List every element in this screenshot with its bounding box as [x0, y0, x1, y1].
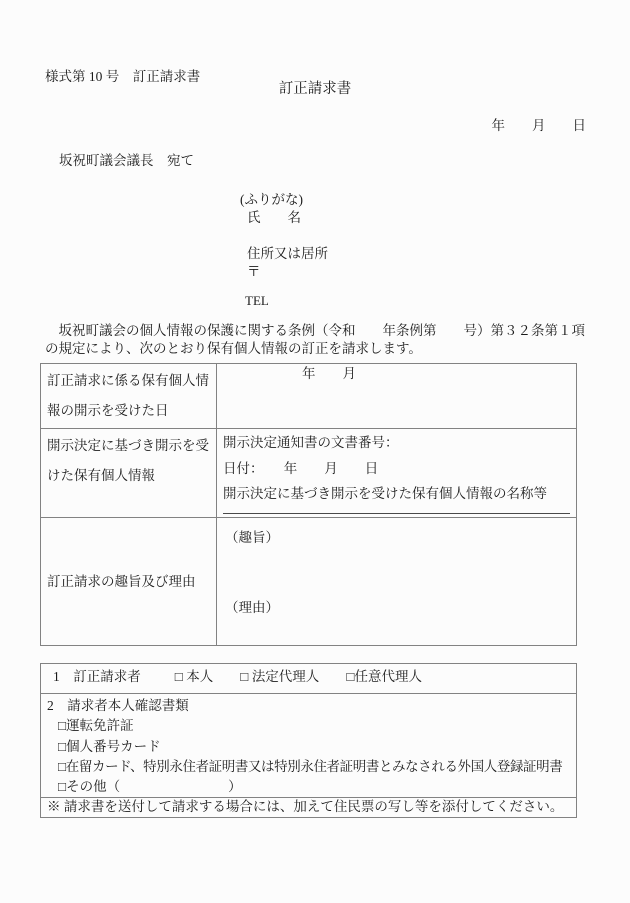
name-label: 氏 名	[247, 210, 301, 226]
item-mynumber-card-label: 個人番号カード	[66, 739, 161, 754]
checkbox-icon: □	[58, 739, 66, 754]
date-line: 年 月 日	[492, 118, 587, 134]
purpose-label: （趣旨）	[225, 528, 570, 548]
checkbox-icon: □	[58, 718, 66, 733]
item-residence-card: □在留カード、特別永住者証明書又は特別永住者証明書とみなされる外国人登録証明書	[47, 757, 574, 777]
option-nini-dairinin: □任意代理人	[346, 669, 422, 684]
body-paragraph: 坂祝町議会の個人情報の保護に関する条例（令和 年条例第 号）第３２条第１項 の規…	[45, 322, 590, 357]
fill-in-underline	[223, 513, 570, 514]
purpose-reason-row-label: 訂正請求の趣旨及び理由	[41, 518, 217, 646]
furigana-label: (ふりがな)	[240, 192, 303, 208]
item-residence-card-label: 在留カード、特別永住者証明書又は特別永住者証明書とみなされる外国人登録証明書	[66, 759, 563, 774]
requester-confirmation-table: 1 訂正請求者□ 本人□ 法定代理人□任意代理人 2 請求者本人確認書類 □運転…	[40, 663, 577, 818]
checkbox-icon: □	[58, 759, 66, 774]
info-name-line: 開示決定に基づき開示を受けた保有個人情報の名称等	[223, 481, 570, 507]
requester-type-label: 1 訂正請求者	[53, 669, 141, 684]
requester-type-row: 1 訂正請求者□ 本人□ 法定代理人□任意代理人	[41, 664, 577, 694]
disclosed-info-row-label: 開示決定に基づき開示を受けた保有個人情報	[41, 429, 217, 518]
addressee-line: 坂祝町議会議長 宛て	[59, 153, 194, 169]
purpose-reason-cell: （趣旨） （理由）	[217, 518, 577, 646]
option-nini-dairinin-label: 任意代理人	[354, 669, 422, 684]
page-title: 訂正請求書	[0, 81, 630, 97]
item-drivers-license: □運転免許証	[47, 716, 574, 736]
item-drivers-license-label: 運転免許証	[66, 718, 134, 733]
option-honnin-label: 本人	[183, 669, 213, 684]
doc-number-line: 開示決定通知書の文書番号：	[223, 430, 570, 456]
checkbox-icon: □	[175, 669, 183, 684]
identity-documents-heading: 2 請求者本人確認書類	[47, 696, 574, 716]
postal-mark: 〒	[247, 264, 261, 280]
disclosure-date-row-label: 訂正請求に係る保有個人情報の開示を受けた日	[41, 364, 217, 429]
disclosure-date-value: 年 月	[217, 364, 577, 429]
option-honnin: □ 本人	[175, 669, 214, 684]
document-page: 様式第 10 号 訂正請求書 訂正請求書 年 月 日 坂祝町議会議長 宛て (ふ…	[0, 0, 630, 903]
item-mynumber-card: □個人番号カード	[47, 737, 574, 757]
tel-label: TEL	[245, 293, 269, 309]
decision-date-line: 日付： 年 月 日	[223, 456, 570, 482]
disclosed-info-details-cell: 開示決定通知書の文書番号： 日付： 年 月 日 開示決定に基づき開示を受けた保有…	[217, 429, 577, 518]
mailing-note-row: ※ 請求書を送付して請求する場合には、加えて住民票の写し等を添付してください。	[41, 798, 577, 818]
checkbox-icon: □	[58, 779, 66, 794]
identity-documents-row: 2 請求者本人確認書類 □運転免許証 □個人番号カード □在留カード、特別永住者…	[41, 694, 577, 798]
address-label: 住所又は居所	[247, 246, 328, 262]
option-hotei-dairinin: □ 法定代理人	[240, 669, 319, 684]
option-hotei-dairinin-label: 法定代理人	[248, 669, 319, 684]
correction-request-table: 訂正請求に係る保有個人情報の開示を受けた日 年 月 開示決定に基づき開示を受けた…	[40, 363, 577, 646]
item-other: □その他（ ）	[47, 777, 574, 797]
reason-label: （理由）	[225, 598, 570, 618]
item-other-label: その他（ ）	[66, 779, 242, 794]
